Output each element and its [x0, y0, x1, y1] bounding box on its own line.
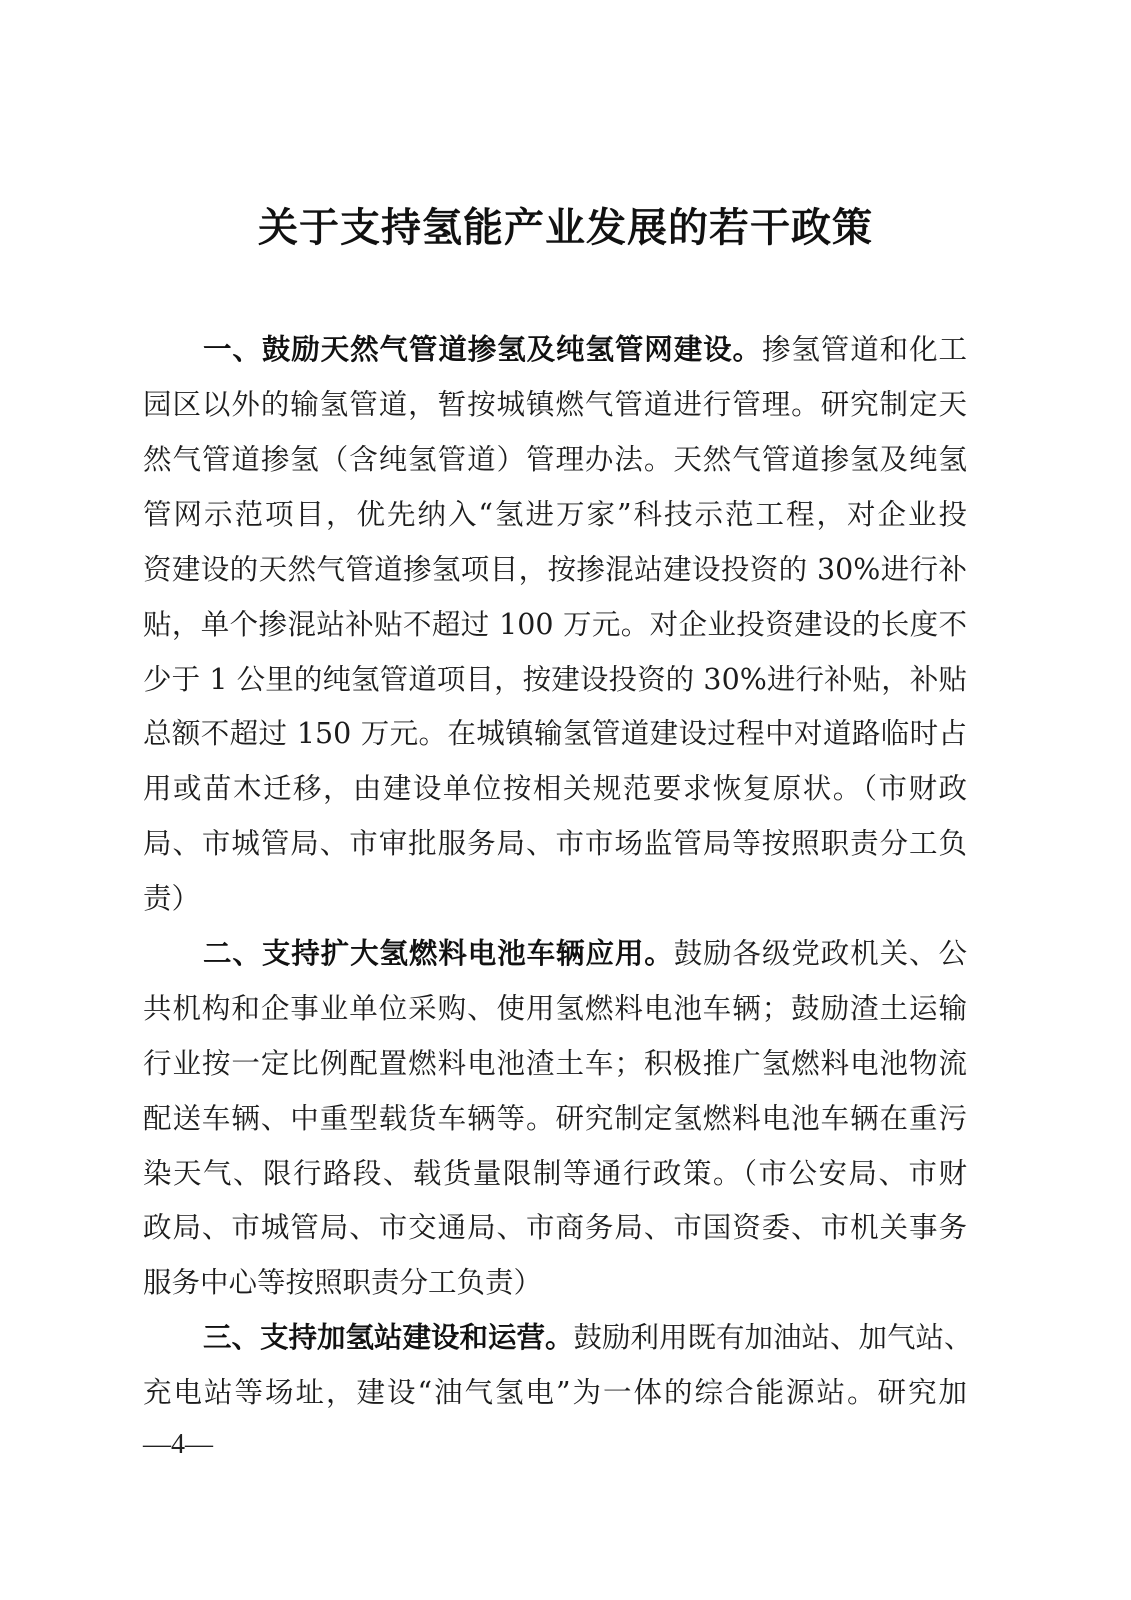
section-2-line-3: 行业按一定比例配置燃料电池渣土车；积极推广氢燃料电池物流: [143, 1044, 967, 1084]
section-3-text: 鼓励利用既有加油站、加气站、: [574, 1321, 973, 1354]
section-1-line-10: 局、市城管局、市审批服务局、市市场监管局等按照职责分工负: [143, 824, 967, 864]
section-2-line-2: 共机构和企事业单位采购、使用氢燃料电池车辆；鼓励渣土运输: [143, 989, 967, 1029]
section-3-line-2: 充电站等场址，建设“油气氢电”为一体的综合能源站。研究加: [143, 1373, 967, 1413]
section-1-line-1: 一、鼓励天然气管道掺氢及纯氢管网建设。掺氢管道和化工: [203, 330, 967, 370]
section-2-text: 鼓励各级党政机关、公: [674, 937, 967, 970]
section-2-line-7: 服务中心等按照职责分工负责）: [143, 1263, 967, 1303]
section-1-line-8: 总额不超过 150 万元。在城镇输氢管道建设过程中对道路临时占: [143, 714, 967, 754]
document-title: 关于支持氢能产业发展的若干政策: [0, 198, 1131, 258]
section-1-line-6: 贴，单个掺混站补贴不超过 100 万元。对企业投资建设的长度不: [143, 605, 967, 645]
section-2-heading: 二、支持扩大氢燃料电池车辆应用。: [203, 937, 674, 970]
section-3-line-1: 三、支持加氢站建设和运营。鼓励利用既有加油站、加气站、: [203, 1318, 967, 1358]
section-1-heading: 一、鼓励天然气管道掺氢及纯氢管网建设。: [203, 333, 762, 366]
section-1-line-9: 用或苗木迁移，由建设单位按相关规范要求恢复原状。（市财政: [143, 769, 967, 809]
document-page: 关于支持氢能产业发展的若干政策 一、鼓励天然气管道掺氢及纯氢管网建设。掺氢管道和…: [0, 0, 1131, 1600]
section-2-line-6: 政局、市城管局、市交通局、市商务局、市国资委、市机关事务: [143, 1208, 967, 1248]
section-1-line-3: 然气管道掺氢（含纯氢管道）管理办法。天然气管道掺氢及纯氢: [143, 440, 967, 480]
section-1-line-7: 少于 1 公里的纯氢管道项目，按建设投资的 30%进行补贴，补贴: [143, 660, 967, 700]
section-1-line-4: 管网示范项目，优先纳入“氢进万家”科技示范工程，对企业投: [143, 495, 967, 535]
section-1-line-11: 责）: [143, 879, 967, 919]
section-2-line-4: 配送车辆、中重型载货车辆等。研究制定氢燃料电池车辆在重污: [143, 1099, 967, 1139]
page-number: —4—: [143, 1425, 213, 1465]
section-1-line-5: 资建设的天然气管道掺氢项目，按掺混站建设投资的 30%进行补: [143, 550, 967, 590]
section-1-text: 掺氢管道和化工: [762, 333, 967, 366]
section-2-line-1: 二、支持扩大氢燃料电池车辆应用。鼓励各级党政机关、公: [203, 934, 967, 974]
section-1-line-2: 园区以外的输氢管道，暂按城镇燃气管道进行管理。研究制定天: [143, 385, 967, 425]
section-3-heading: 三、支持加氢站建设和运营。: [203, 1321, 574, 1354]
section-2-line-5: 染天气、限行路段、载货量限制等通行政策。（市公安局、市财: [143, 1154, 967, 1194]
